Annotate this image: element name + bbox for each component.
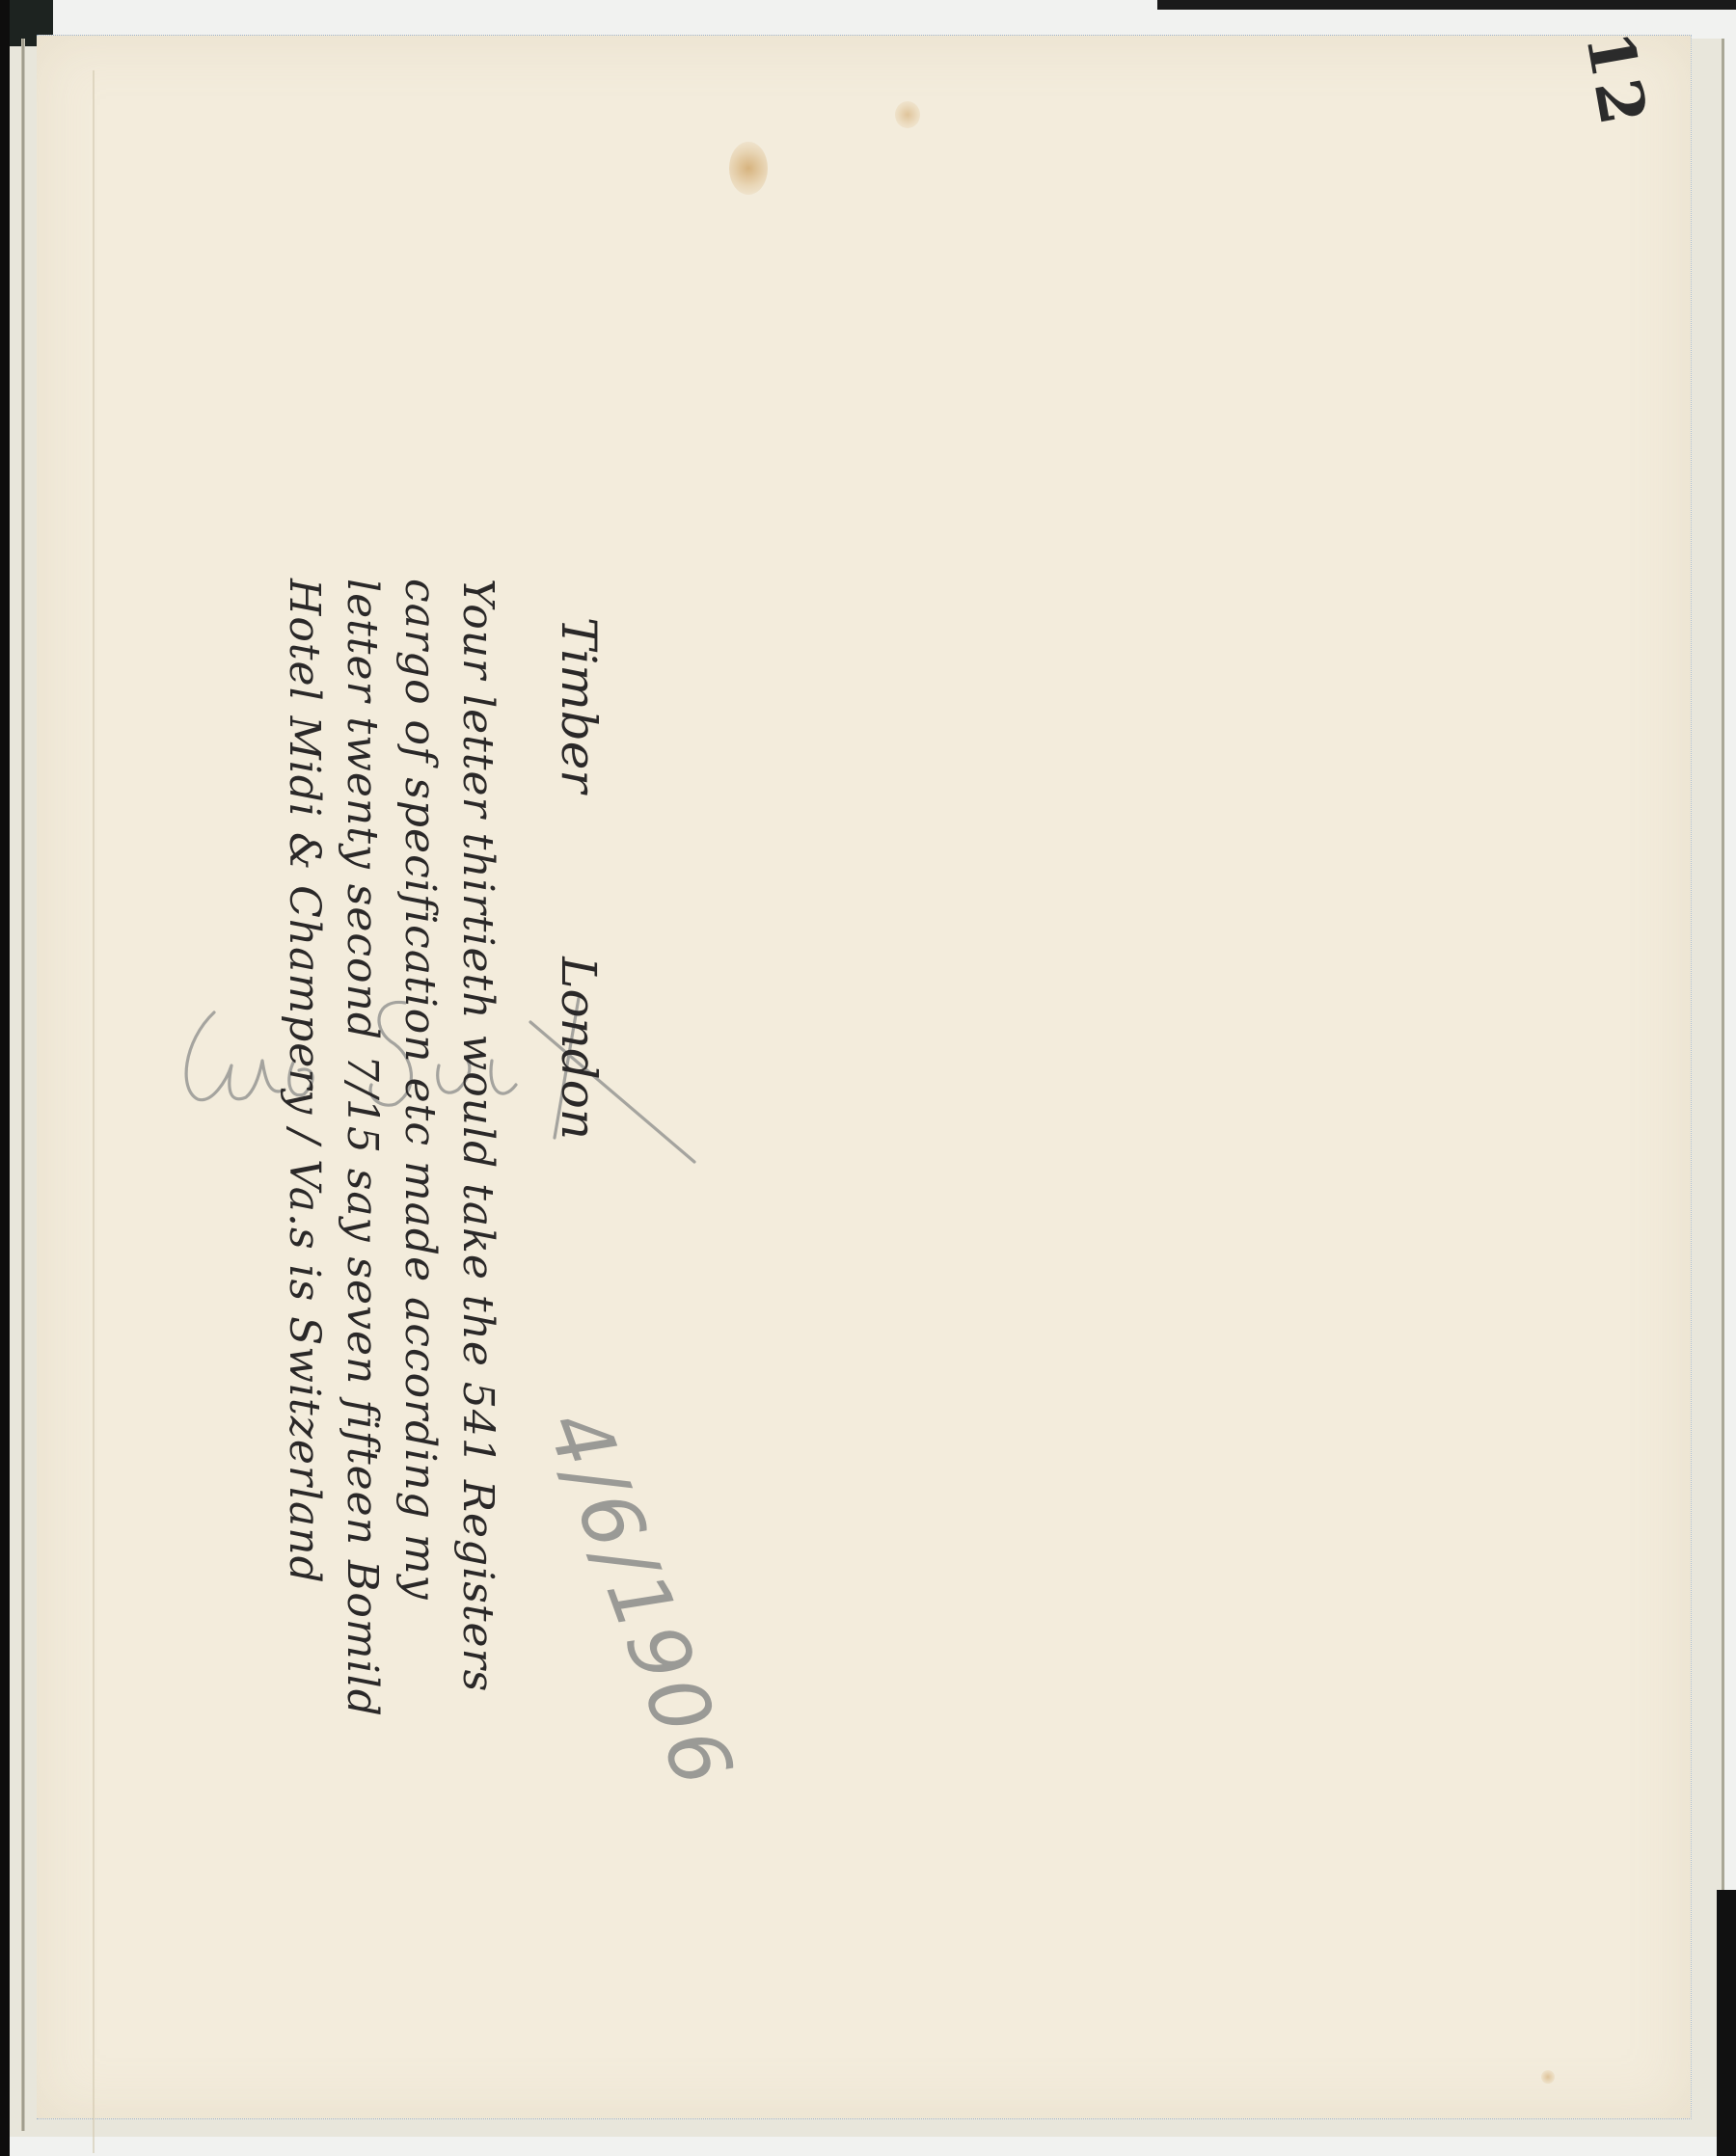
stain-mark [895,101,920,128]
telegram-text: Timber London Your letter thirtieth woul… [275,579,612,1851]
body-line-2: cargo of specification etc made accordin… [391,579,448,1851]
fold-line [93,70,95,2153]
body-line-1: Your letter thirtieth would take the 541… [448,579,506,1851]
address-header: Timber London [545,579,612,1851]
scan-border-right [1717,1890,1736,2156]
body-line-3: letter twenty second 7/15 say seven fift… [333,579,391,1851]
page-number: 12 [1577,27,1656,133]
scan-border-left [0,0,10,2156]
addressee: Timber [545,617,612,793]
stain-mark [729,142,768,195]
city: London [545,957,612,1140]
scan-border-top [1157,0,1736,10]
binding-edge [21,39,25,2131]
stain-mark [1541,2070,1555,2084]
body-line-4: Hotel Midi & Champery / Va.s is Switzerl… [275,579,333,1851]
scanned-document: 12 4/6/1906 Timber London Your letter th… [0,0,1736,2156]
